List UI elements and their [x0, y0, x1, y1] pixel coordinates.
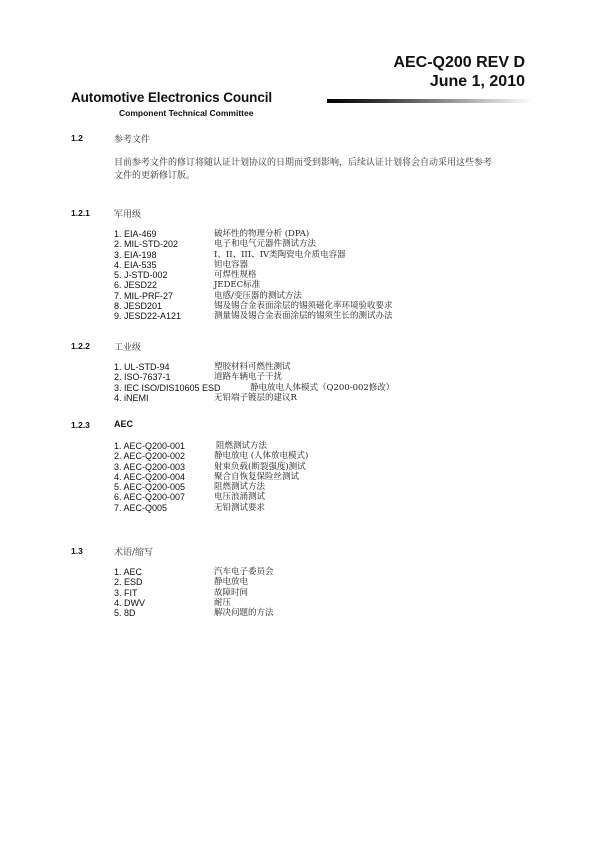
item-code: 3. IEC ISO/DIS10605 ESD: [114, 383, 221, 393]
item-code: 5. AEC-Q200-005: [114, 482, 185, 492]
item-code: 3. AEC-Q200-003: [114, 462, 185, 472]
item-code: 1. AEC: [114, 567, 142, 577]
item-code: 1. UL-STD-94: [114, 362, 170, 372]
item-code: 2. ESD: [114, 577, 143, 587]
item-code: 4. EIA-535: [114, 260, 157, 270]
item-code: 4. DWV: [114, 598, 145, 608]
item-description: 塑胶材料可燃性测试: [214, 362, 291, 372]
item-description: 锡及锡合金表面涂层的锡须磁化率环境验收要求: [214, 301, 393, 311]
item-code: 1. AEC-Q200-001: [114, 441, 185, 451]
item-description: 聚合自恢复保险丝测试: [214, 472, 299, 482]
item-description: 破坏性的物理分析 (DPA): [214, 229, 309, 239]
item-description: 电感/变压器的测试方法: [214, 291, 302, 301]
item-code: 4. iNEMI: [114, 393, 149, 403]
item-description: 故障时间: [214, 588, 248, 598]
paragraph-line: 目前参考文件的修订将随认证计划协议的日期而受到影响，后续认证计划将会自动采用这些…: [114, 157, 534, 170]
item-description: I、II、III、IV类陶瓷电介质电容器: [214, 250, 346, 260]
item-code: 6. AEC-Q200-007: [114, 492, 185, 502]
section-number: 1.2: [71, 133, 83, 143]
item-code: 5. J-STD-002: [114, 270, 168, 280]
item-description: 道路车辆电子干扰: [214, 372, 282, 382]
item-code: 1. EIA-469: [114, 229, 157, 239]
item-description: 解决问题的方法: [214, 608, 274, 618]
item-description: 静电放电人体模式（Q200-002修改）: [250, 383, 394, 393]
item-description: 静电放电: [214, 577, 248, 587]
item-description: 无铅端子镀层的建议R: [214, 393, 297, 403]
item-code: 5. 8D: [114, 608, 136, 618]
item-description: 钽电容器: [214, 260, 248, 270]
organization-name: Automotive Electronics Council: [71, 90, 272, 105]
doc-date: June 1, 2010: [393, 72, 525, 91]
section-title: 术语/缩写: [114, 545, 153, 558]
item-code: 7. AEC-Q005: [114, 503, 167, 513]
item-code: 2. MIL-STD-202: [114, 239, 178, 249]
header-gradient-divider: [327, 99, 533, 103]
item-description: 射束负载(断裂强度)测试: [214, 462, 306, 472]
item-code: 7. MIL-PRF-27: [114, 291, 173, 301]
committee-name: Component Technical Committee: [119, 108, 253, 118]
item-code: 3. FIT: [114, 588, 138, 598]
item-description: 静电放电 (人体放电模式): [214, 451, 308, 461]
item-code: 4. AEC-Q200-004: [114, 472, 185, 482]
item-description: 电子和电气元器件测试方法: [214, 239, 316, 249]
section-number: 1.2.2: [71, 341, 90, 351]
item-description: 阻燃测试方法: [214, 482, 265, 492]
section-title: AEC: [114, 419, 133, 429]
item-code: 6. JESD22: [114, 280, 157, 290]
section-title: 军用级: [114, 207, 141, 220]
section-number: 1.2.3: [71, 420, 90, 430]
item-description: 汽车电子委员会: [214, 567, 274, 577]
item-description: JEDEC标准: [214, 280, 260, 290]
section-title: 工业级: [114, 340, 141, 353]
section-number: 1.3: [71, 546, 83, 556]
item-description: 可焊性规格: [214, 270, 257, 280]
section-title: 参考文件: [114, 132, 150, 145]
item-code: 8. JESD201: [114, 301, 162, 311]
section-number: 1.2.1: [71, 208, 90, 218]
item-description: 无铅测试要求: [214, 503, 265, 513]
item-description: 电压浪涌测试: [214, 492, 265, 502]
section-paragraph: 目前参考文件的修订将随认证计划协议的日期而受到影响，后续认证计划将会自动采用这些…: [114, 157, 534, 183]
item-code: 2. AEC-Q200-002: [114, 451, 185, 461]
item-code: 9. JESD22-A121: [114, 311, 181, 321]
doc-id: AEC-Q200 REV D: [393, 53, 525, 72]
document-header-id: AEC-Q200 REV D June 1, 2010: [393, 53, 525, 91]
paragraph-line: 文件的更新修订版。: [114, 170, 534, 183]
item-description: 耐压: [214, 598, 231, 608]
item-code: 2. ISO-7637-1: [114, 372, 171, 382]
item-description: 阻燃测试方法: [216, 441, 267, 451]
item-description: 测量锡及锡合金表面涂层的锡须生长的测试办法: [214, 311, 393, 321]
item-code: 3. EIA-198: [114, 250, 157, 260]
